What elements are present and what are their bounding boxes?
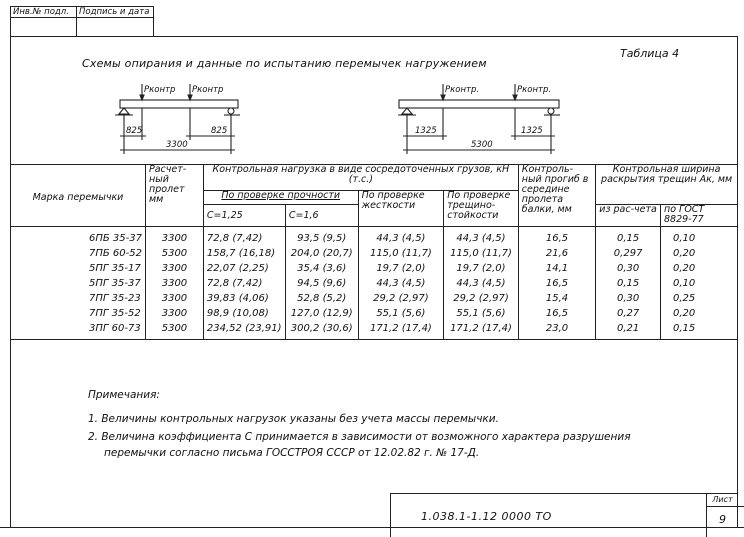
document-code: 1.038.1-1.12 0000 ТО bbox=[421, 510, 552, 523]
cell-gost: 0,20 bbox=[660, 261, 737, 276]
cell-stiffness: 44,3 (4,5) bbox=[358, 276, 444, 291]
page-title: Схемы опирания и данные по испытанию пер… bbox=[82, 57, 487, 70]
cell-crack: 19,7 (2,0) bbox=[444, 261, 519, 276]
header-strength: По проверке прочности bbox=[203, 191, 358, 205]
cell-stiffness: 171,2 (17,4) bbox=[358, 321, 444, 340]
cell-span: 3300 bbox=[145, 306, 203, 321]
header-c125: С=1,25 bbox=[203, 205, 285, 227]
header-stiffness: По проверке жесткости bbox=[358, 191, 444, 227]
span-dimension: 3300 bbox=[166, 140, 188, 150]
cell-stiffness: 115,0 (11,7) bbox=[358, 246, 444, 261]
cell-crack: 44,3 (4,5) bbox=[444, 227, 519, 247]
stamp-signature-value bbox=[77, 18, 153, 36]
table-row: 7ПГ 35-23330039,83 (4,06)52,8 (5,2)29,2 … bbox=[11, 291, 738, 306]
header-deflection: Контроль-ный прогиб в середине пролета б… bbox=[518, 165, 595, 227]
cell-stiffness: 19,7 (2,0) bbox=[358, 261, 444, 276]
support-scheme-3300: Pконтр Pконтр 825 825 3300 bbox=[100, 82, 270, 158]
header-gost: по ГОСТ 8829-77 bbox=[660, 205, 737, 227]
cell-span: 3300 bbox=[145, 291, 203, 306]
cell-deflection: 23,0 bbox=[518, 321, 595, 340]
header-load-group: Контрольная нагрузка в виде сосредоточен… bbox=[203, 165, 518, 191]
cell-c16: 93,5 (9,5) bbox=[285, 227, 358, 247]
cell-deflection: 16,5 bbox=[518, 276, 595, 291]
note-2-cont: перемычки согласно письма ГОССТРОЯ СССР … bbox=[104, 447, 479, 459]
note-1: 1. Величины контрольных нагрузок указаны… bbox=[88, 413, 499, 425]
cell-calc: 0,30 bbox=[596, 291, 661, 306]
cell-c125: 234,52 (23,91) bbox=[203, 321, 285, 340]
cell-gost: 0,25 bbox=[660, 291, 737, 306]
load-label-right: Pконтр bbox=[192, 85, 223, 95]
cell-deflection: 16,5 bbox=[518, 306, 595, 321]
cell-c125: 72,8 (7,42) bbox=[203, 227, 285, 247]
cell-c16: 300,2 (30,6) bbox=[285, 321, 358, 340]
cell-c16: 94,5 (9,6) bbox=[285, 276, 358, 291]
sheet-label: Лист bbox=[707, 494, 738, 507]
note-2: 2. Величина коэффициента С принимается в… bbox=[88, 431, 631, 443]
span-dimension: 5300 bbox=[471, 140, 493, 150]
cell-stiffness: 55,1 (5,6) bbox=[358, 306, 444, 321]
cell-c125: 39,83 (4,06) bbox=[203, 291, 285, 306]
cell-calc: 0,27 bbox=[596, 306, 661, 321]
bottom-border bbox=[0, 527, 744, 528]
cell-c125: 22,07 (2,25) bbox=[203, 261, 285, 276]
margin-tick bbox=[738, 506, 744, 507]
offset-left: 825 bbox=[126, 126, 142, 136]
header-span: Расчет-ный пролет мм bbox=[145, 165, 203, 227]
cell-deflection: 16,5 bbox=[518, 227, 595, 247]
cell-mark: 7ПГ 35-23 bbox=[11, 291, 146, 306]
cell-crack: 115,0 (11,7) bbox=[444, 246, 519, 261]
sheet-number: 9 bbox=[707, 507, 738, 533]
notes-title: Примечания: bbox=[88, 389, 160, 401]
table-number: Таблица 4 bbox=[620, 47, 679, 60]
cell-calc: 0,15 bbox=[596, 227, 661, 247]
table-row: 6ПБ 35-37330072,8 (7,42)93,5 (9,5)44,3 (… bbox=[11, 227, 738, 247]
table-row: 7ПБ 60-525300158,7 (16,18)204,0 (20,7)11… bbox=[11, 246, 738, 261]
cell-crack: 55,1 (5,6) bbox=[444, 306, 519, 321]
cell-deflection: 15,4 bbox=[518, 291, 595, 306]
cell-gost: 0,20 bbox=[660, 246, 737, 261]
header-crack-width-group: Контрольная ширина раскрытия трещин Aк, … bbox=[596, 165, 738, 205]
cell-gost: 0,20 bbox=[660, 306, 737, 321]
cell-c125: 72,8 (7,42) bbox=[203, 276, 285, 291]
header-crack-resistance: По проверке трещино-стойкости bbox=[444, 191, 519, 227]
stamp-inventory-value bbox=[11, 18, 77, 36]
table-row: 5ПГ 35-17330022,07 (2,25)35,4 (3,6)19,7 … bbox=[11, 261, 738, 276]
cell-c16: 52,8 (5,2) bbox=[285, 291, 358, 306]
cell-span: 5300 bbox=[145, 246, 203, 261]
cell-crack: 29,2 (2,97) bbox=[444, 291, 519, 306]
header-c16: С=1,6 bbox=[285, 205, 358, 227]
cell-mark: 7ПБ 60-52 bbox=[11, 246, 146, 261]
cell-mark: 7ПГ 35-52 bbox=[11, 306, 146, 321]
cell-c16: 35,4 (3,6) bbox=[285, 261, 358, 276]
offset-right: 825 bbox=[211, 126, 227, 136]
cell-mark: 3ПГ 60-73 bbox=[11, 321, 146, 340]
test-data-table: Марка перемычки Расчет-ный пролет мм Кон… bbox=[10, 164, 738, 340]
cell-gost: 0,10 bbox=[660, 276, 737, 291]
support-scheme-5300: Pконтр. Pконтр. 1325 1325 5300 bbox=[395, 82, 575, 158]
cell-span: 3300 bbox=[145, 227, 203, 247]
table-row: 3ПГ 60-735300234,52 (23,91)300,2 (30,6)1… bbox=[11, 321, 738, 340]
cell-c16: 204,0 (20,7) bbox=[285, 246, 358, 261]
cell-c125: 98,9 (10,08) bbox=[203, 306, 285, 321]
cell-calc: 0,21 bbox=[596, 321, 661, 340]
cell-span: 5300 bbox=[145, 321, 203, 340]
load-label-left: Pконтр. bbox=[445, 85, 479, 95]
header-mark: Марка перемычки bbox=[11, 165, 146, 227]
offset-left: 1325 bbox=[415, 126, 437, 136]
cell-span: 3300 bbox=[145, 276, 203, 291]
cell-mark: 6ПБ 35-37 bbox=[11, 227, 146, 247]
cell-span: 3300 bbox=[145, 261, 203, 276]
stamp-signature-label: Подпись и дата bbox=[77, 7, 153, 18]
table-row: 5ПГ 35-37330072,8 (7,42)94,5 (9,6)44,3 (… bbox=[11, 276, 738, 291]
cell-stiffness: 44,3 (4,5) bbox=[358, 227, 444, 247]
cell-stiffness: 29,2 (2,97) bbox=[358, 291, 444, 306]
load-label-left: Pконтр bbox=[144, 85, 175, 95]
cell-deflection: 14,1 bbox=[518, 261, 595, 276]
offset-right: 1325 bbox=[521, 126, 543, 136]
stamp-inventory-label: Инв.№ подл. bbox=[11, 7, 77, 18]
cell-calc: 0,30 bbox=[596, 261, 661, 276]
header-calc: из рас-чета bbox=[596, 205, 661, 227]
cell-gost: 0,10 bbox=[660, 227, 737, 247]
title-block: 1.038.1-1.12 0000 ТО Лист 9 bbox=[390, 493, 738, 537]
cell-crack: 44,3 (4,5) bbox=[444, 276, 519, 291]
approval-stamp: Инв.№ подл. Подпись и дата bbox=[10, 6, 154, 36]
cell-mark: 5ПГ 35-17 bbox=[11, 261, 146, 276]
cell-c125: 158,7 (16,18) bbox=[203, 246, 285, 261]
cell-gost: 0,15 bbox=[660, 321, 737, 340]
cell-calc: 0,297 bbox=[596, 246, 661, 261]
table-row: 7ПГ 35-52330098,9 (10,08)127,0 (12,9)55,… bbox=[11, 306, 738, 321]
sheet-box: Лист 9 bbox=[706, 494, 738, 537]
cell-deflection: 21,6 bbox=[518, 246, 595, 261]
cell-crack: 171,2 (17,4) bbox=[444, 321, 519, 340]
load-label-right: Pконтр. bbox=[517, 85, 551, 95]
cell-mark: 5ПГ 35-37 bbox=[11, 276, 146, 291]
cell-c16: 127,0 (12,9) bbox=[285, 306, 358, 321]
cell-calc: 0,15 bbox=[596, 276, 661, 291]
